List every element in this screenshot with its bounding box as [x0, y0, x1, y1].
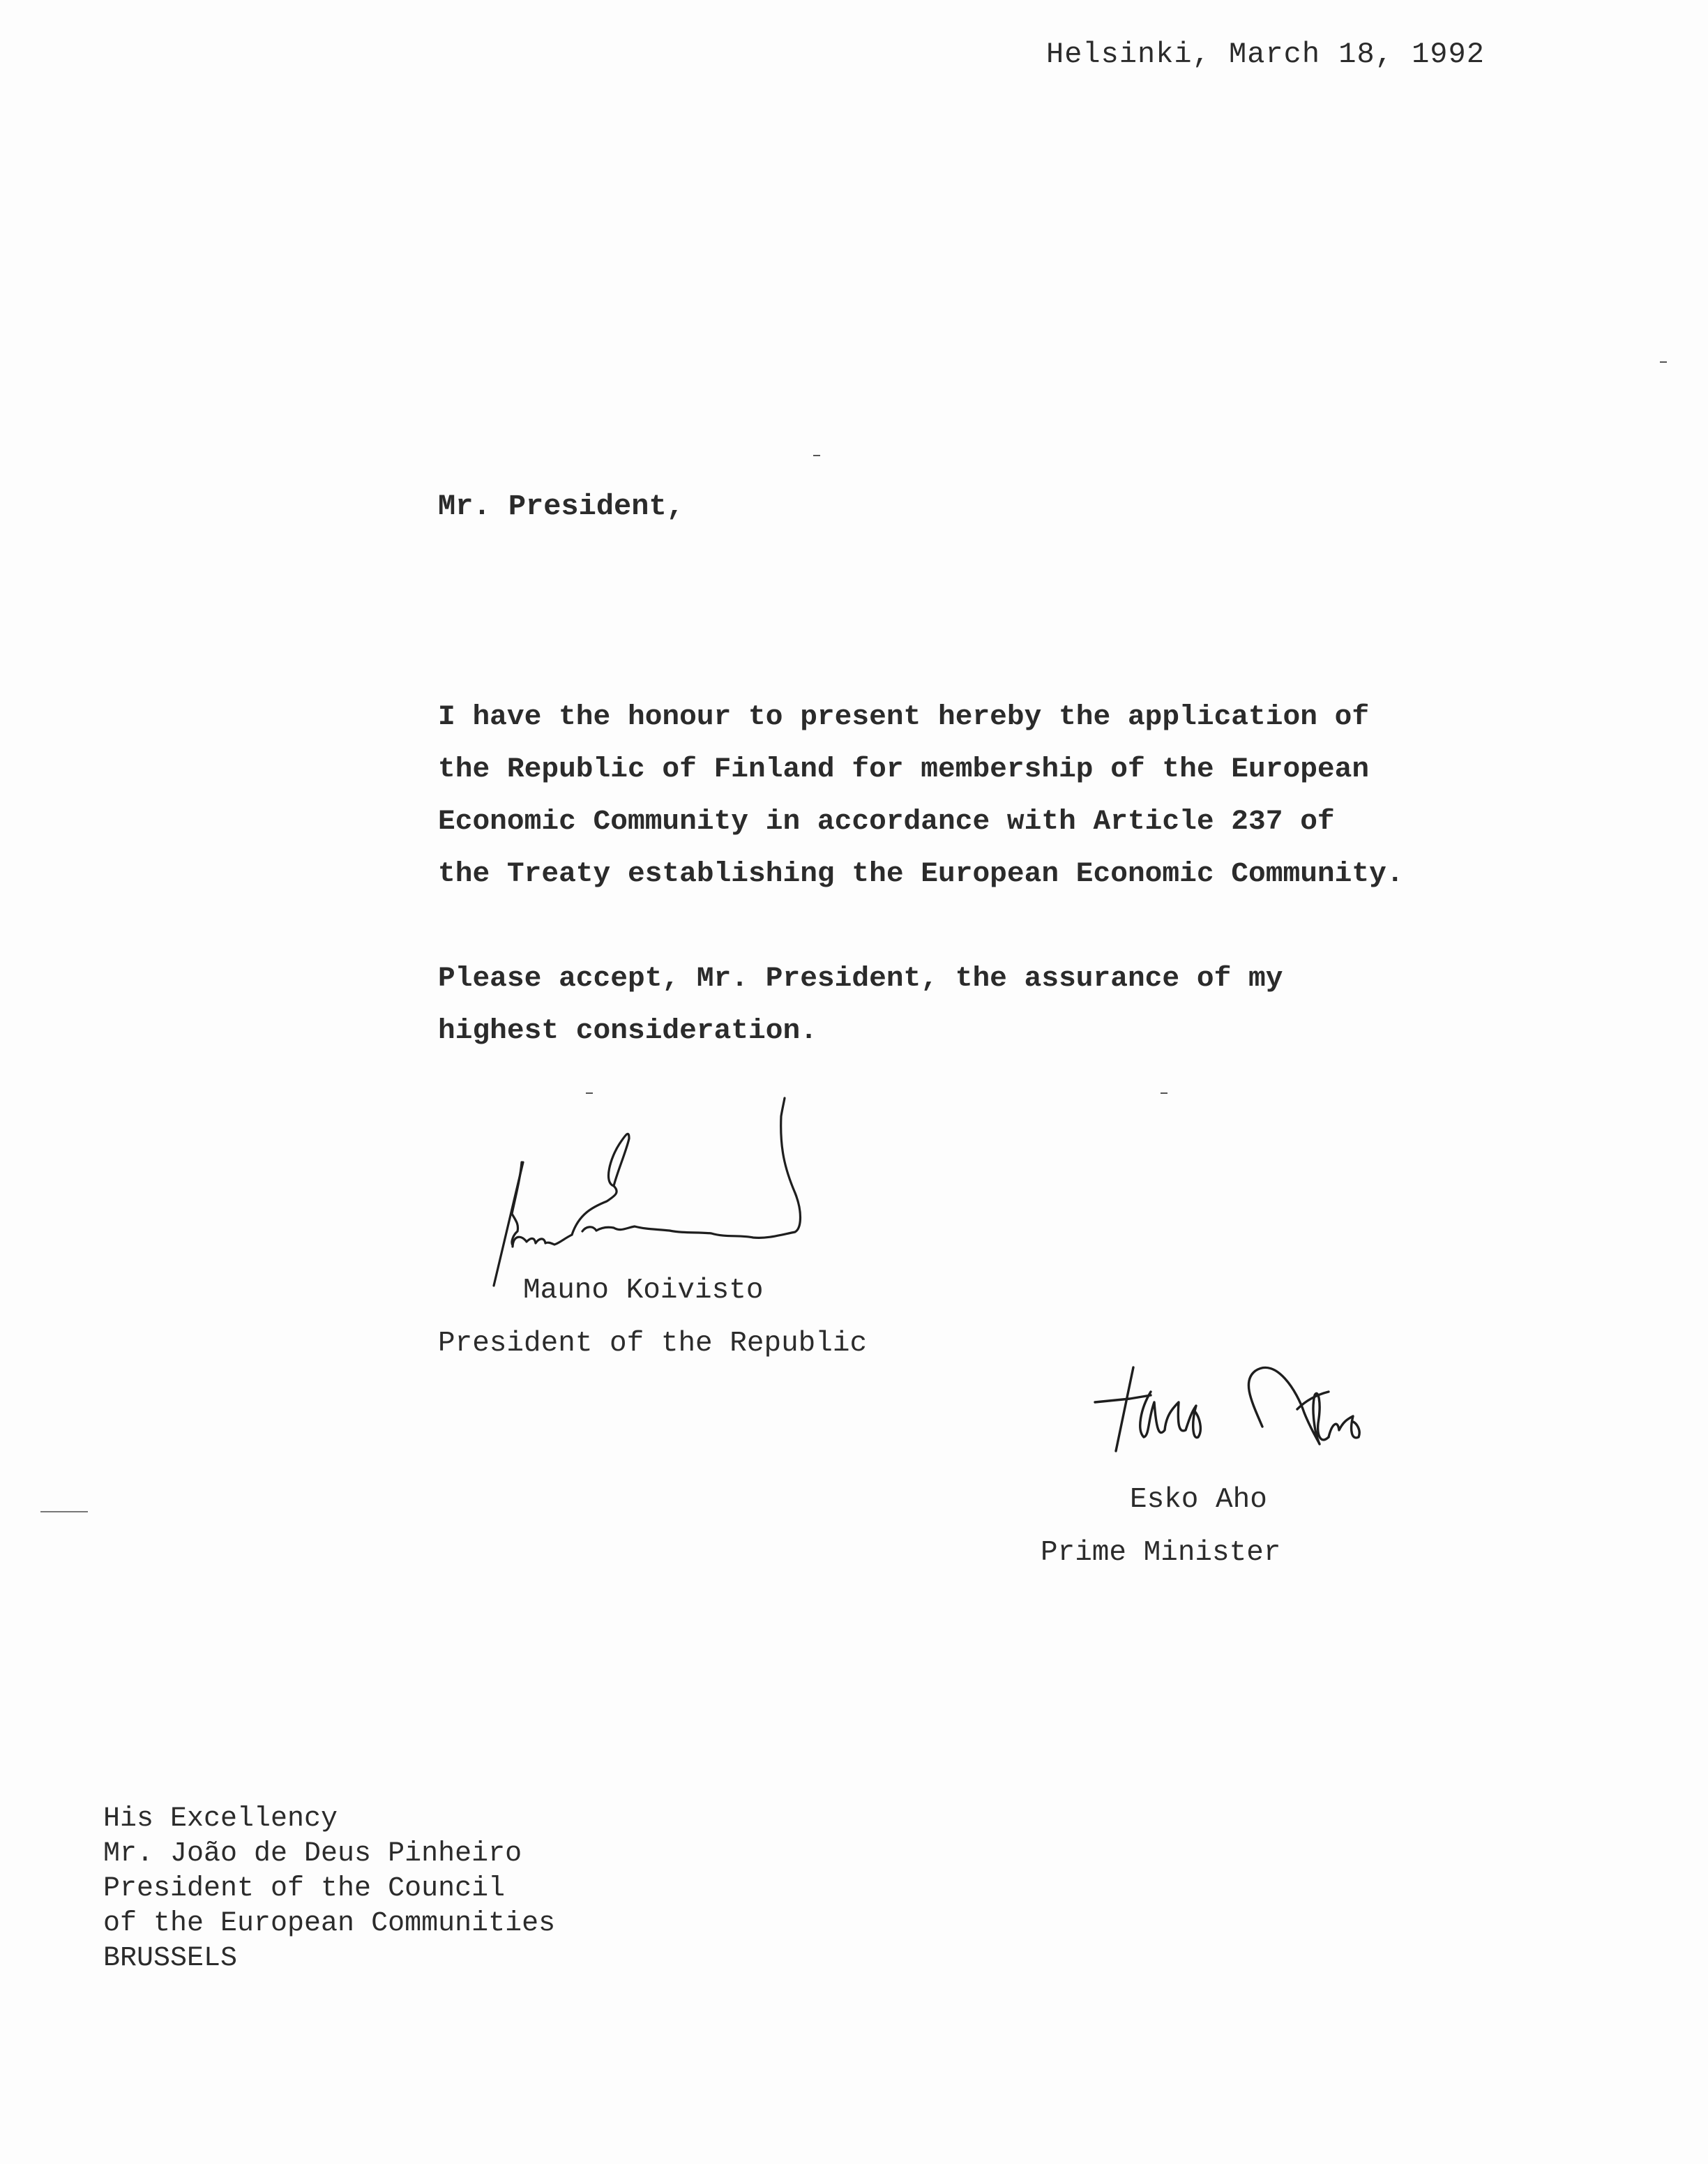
margin-mark — [586, 1092, 593, 1094]
margin-mark — [1660, 361, 1667, 363]
margin-mark — [1161, 1092, 1167, 1094]
addressee-line: BRUSSELS — [103, 1944, 237, 1973]
dateline: Helsinki, March 18, 1992 — [1046, 40, 1485, 69]
signatory-name: Esko Aho — [1130, 1486, 1267, 1515]
body-line: the Treaty establishing the European Eco… — [438, 860, 1404, 889]
closing-line: highest consideration. — [438, 1017, 817, 1046]
addressee-line: His Excellency — [103, 1805, 338, 1833]
addressee-line: President of the Council — [103, 1874, 505, 1903]
body-line: Economic Community in accordance with Ar… — [438, 808, 1335, 836]
signature-aho — [1074, 1353, 1451, 1465]
signatory-title: President of the Republic — [438, 1330, 867, 1358]
salutation: Mr. President, — [438, 493, 684, 521]
addressee-line: Mr. João de Deus Pinheiro — [103, 1840, 522, 1868]
body-line: the Republic of Finland for membership o… — [438, 756, 1369, 784]
signatory-name: Mauno Koivisto — [523, 1277, 763, 1305]
addressee-line: of the European Communities — [103, 1909, 555, 1938]
signature-koivisto — [446, 1095, 893, 1305]
body-line: I have the honour to present hereby the … — [438, 703, 1369, 732]
signatory-title: Prime Minister — [1041, 1539, 1280, 1568]
closing-line: Please accept, Mr. President, the assura… — [438, 965, 1283, 993]
margin-mark — [40, 1511, 88, 1512]
margin-mark — [813, 455, 820, 456]
letter-page: Helsinki, March 18, 1992 Mr. President, … — [0, 0, 1708, 2164]
